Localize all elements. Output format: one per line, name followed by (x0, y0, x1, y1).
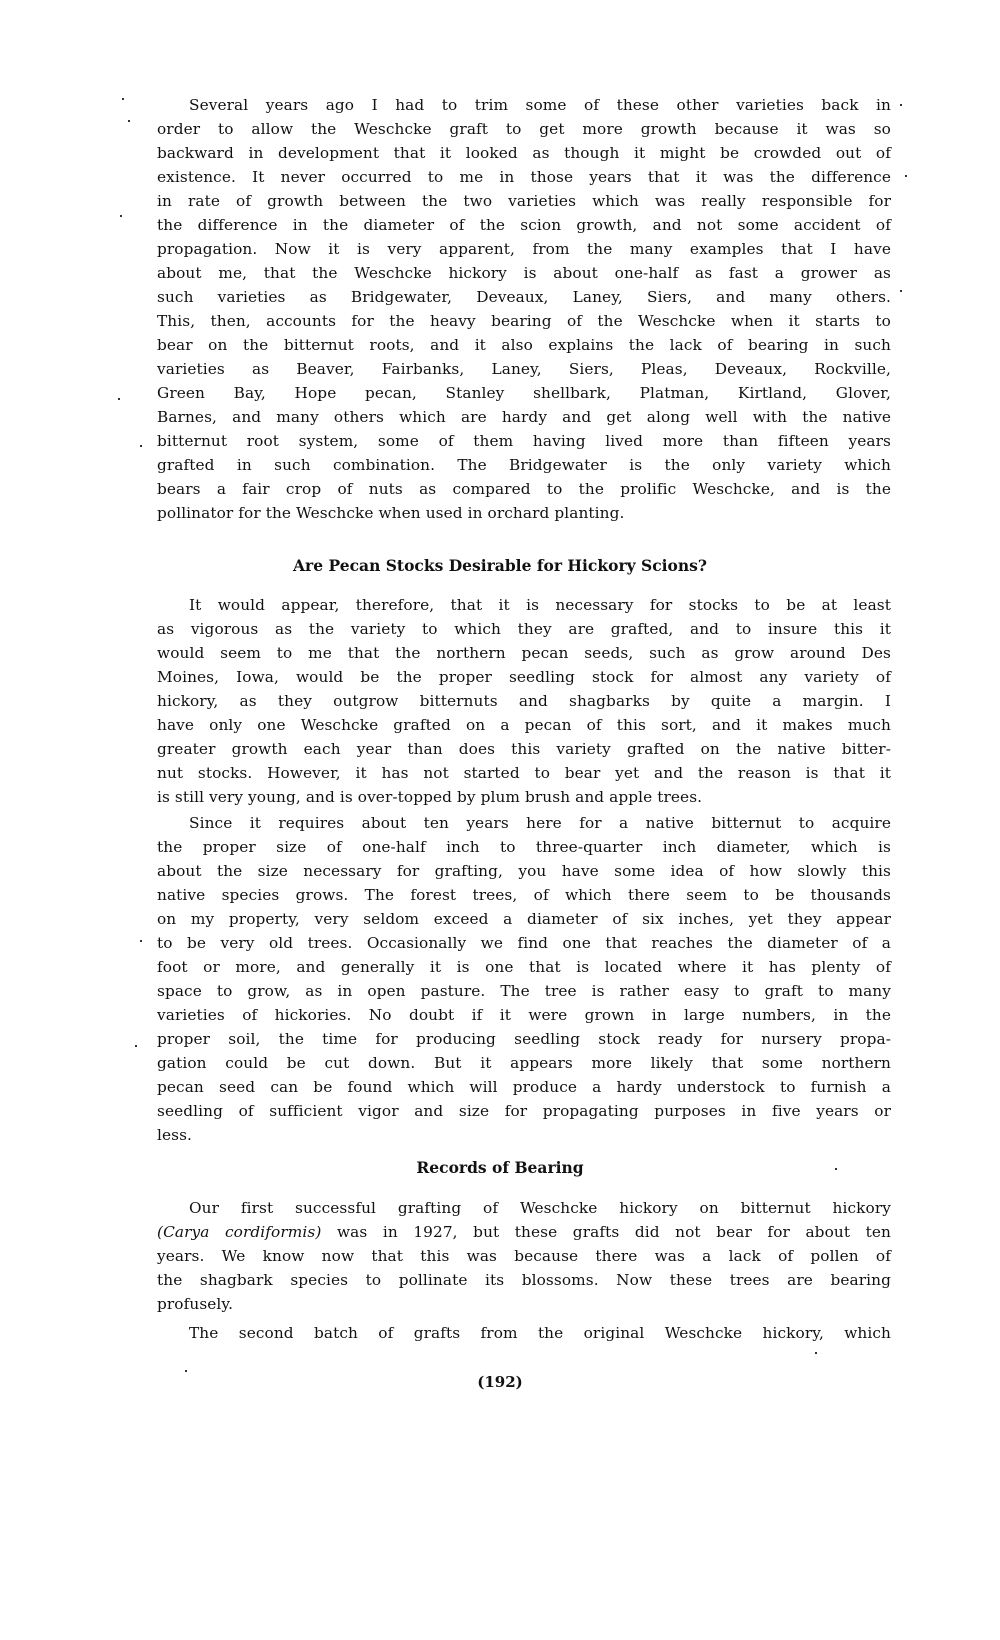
text-line: gation could be cut down. But it appears… (157, 1051, 891, 1075)
scan-speck (128, 120, 130, 122)
scan-speck (140, 940, 142, 942)
text-line: This, then, accounts for the heavy beari… (157, 309, 891, 333)
text-line: The second batch of grafts from the orig… (189, 1321, 891, 1345)
text-line: the proper size of one-half inch to thre… (157, 835, 891, 859)
text-line: years. We know now that this was because… (157, 1244, 891, 1268)
text-line: to be very old trees. Occasionally we fi… (157, 931, 891, 955)
text-line: seedling of sufficient vigor and size fo… (157, 1099, 891, 1123)
text-line: propagation. Now it is very apparent, fr… (157, 237, 891, 261)
text-line: greater growth each year than does this … (157, 737, 891, 761)
text-line: Moines, Iowa, would be the proper seedli… (157, 665, 891, 689)
text-line: existence. It never occurred to me in th… (157, 165, 891, 189)
text-line: It would appear, therefore, that it is n… (189, 593, 891, 617)
text-line: pecan seed can be found which will produ… (157, 1075, 891, 1099)
text-line: space to grow, as in open pasture. The t… (157, 979, 891, 1003)
scan-speck (135, 1045, 137, 1047)
text-line: Our first successful grafting of Weschck… (189, 1196, 891, 1220)
text-line: grafted in such combination. The Bridgew… (157, 453, 891, 477)
text-line: is still very young, and is over-topped … (157, 785, 891, 809)
text-line: profusely. (157, 1292, 891, 1316)
scan-speck (905, 175, 907, 177)
text-line: native species grows. The forest trees, … (157, 883, 891, 907)
scan-speck (815, 1352, 817, 1354)
text-line: nut stocks. However, it has not started … (157, 761, 891, 785)
section-heading: Records of Bearing (0, 1156, 1000, 1180)
document-page: Several years ago I had to trim some of … (0, 0, 1000, 1640)
text-line: less. (157, 1123, 891, 1147)
scan-speck (120, 215, 122, 217)
text-line: the difference in the diameter of the sc… (157, 213, 891, 237)
section-heading: Are Pecan Stocks Desirable for Hickory S… (0, 554, 1000, 578)
page-number: (192) (0, 1370, 1000, 1394)
species-name: (Carya cordiformis) (157, 1223, 321, 1241)
text-line: pollinator for the Weschcke when used in… (157, 501, 891, 525)
text-line: bears a fair crop of nuts as compared to… (157, 477, 891, 501)
text-line: varieties as Beaver, Fairbanks, Laney, S… (157, 357, 891, 381)
text-line: Barnes, and many others which are hardy … (157, 405, 891, 429)
text-span: was in 1927, but these grafts did not be… (337, 1223, 891, 1241)
scan-speck (140, 445, 142, 447)
text-line: would seem to me that the northern pecan… (157, 641, 891, 665)
text-line: Since it requires about ten years here f… (189, 811, 891, 835)
scan-speck (900, 104, 902, 106)
text-line: about the size necessary for grafting, y… (157, 859, 891, 883)
text-line: as vigorous as the variety to which they… (157, 617, 891, 641)
text-line: the shagbark species to pollinate its bl… (157, 1268, 891, 1292)
text-line: bitternut root system, some of them havi… (157, 429, 891, 453)
scan-speck (118, 398, 120, 400)
text-line: Several years ago I had to trim some of … (189, 93, 891, 117)
text-line: on my property, very seldom exceed a dia… (157, 907, 891, 931)
text-line: order to allow the Weschcke graft to get… (157, 117, 891, 141)
text-line: (Carya cordiformis) was in 1927, but the… (157, 1220, 891, 1244)
scan-speck (900, 290, 902, 292)
text-line: hickory, as they outgrow bitternuts and … (157, 689, 891, 713)
text-line: foot or more, and generally it is one th… (157, 955, 891, 979)
text-line: such varieties as Bridgewater, Deveaux, … (157, 285, 891, 309)
scan-speck (122, 98, 124, 100)
scan-speck (835, 1168, 837, 1170)
text-line: varieties of hickories. No doubt if it w… (157, 1003, 891, 1027)
text-line: in rate of growth between the two variet… (157, 189, 891, 213)
text-line: bear on the bitternut roots, and it also… (157, 333, 891, 357)
text-line: have only one Weschcke grafted on a peca… (157, 713, 891, 737)
text-line: about me, that the Weschcke hickory is a… (157, 261, 891, 285)
scan-speck (185, 1370, 187, 1372)
text-line: proper soil, the time for producing seed… (157, 1027, 891, 1051)
text-line: backward in development that it looked a… (157, 141, 891, 165)
text-line: Green Bay, Hope pecan, Stanley shellbark… (157, 381, 891, 405)
